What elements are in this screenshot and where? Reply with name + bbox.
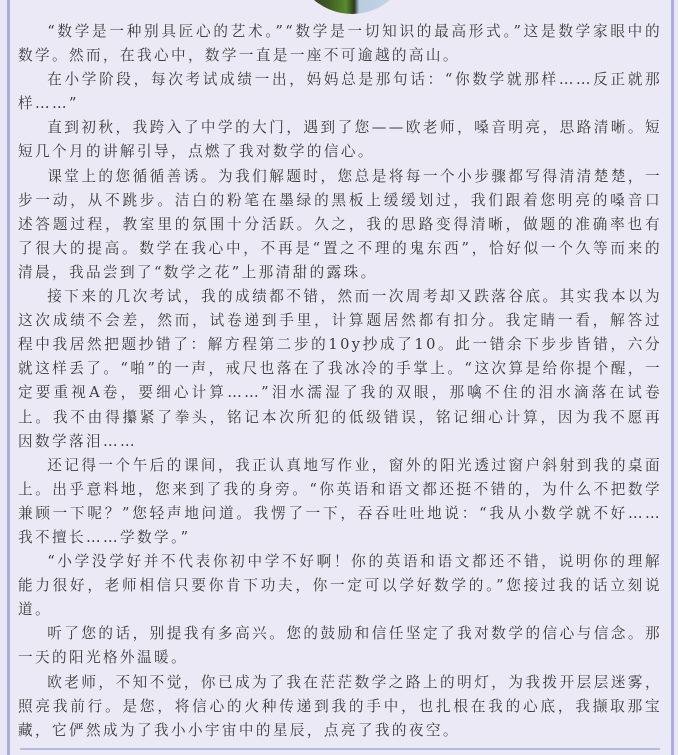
paragraph: 欧老师，不知不觉，你已成为了我在茫茫数学之路上的明灯，为我拨开层层迷雾，照亮我前… — [18, 671, 662, 743]
header-photo — [292, 0, 412, 14]
bottom-divider — [20, 748, 660, 750]
paragraph: “数学是一种别具匠心的艺术。”“数学是一切知识的最高形式。”这是数学家眼中的数学… — [18, 20, 662, 68]
paragraph: 课堂上的您循循善诱。为我们解题时，您总是将每一个小步骤都写得清清楚楚，一步一动，… — [18, 165, 662, 285]
paragraph: “小学没学好并不代表你初中学不好啊！你的英语和语文都还不错，说明你的理解能力很好… — [18, 550, 662, 622]
paragraph: 直到初秋，我跨入了中学的大门，遇到了您——欧老师，嗓音明亮，思路清晰。短短几个月… — [18, 116, 662, 164]
paragraph: 在小学阶段，每次考试成绩一出，妈妈总是那句话：“你数学就那样……反正就那样……” — [18, 68, 662, 116]
paragraph: 还记得一个午后的课间，我正认真地写作业，窗外的阳光透过窗户斜射到我的桌面上。出乎… — [18, 454, 662, 550]
article-body: “数学是一种别具匠心的艺术。”“数学是一切知识的最高形式。”这是数学家眼中的数学… — [18, 20, 662, 743]
paragraph: 接下来的几次考试，我的成绩都不错，然而一次周考却又跌落谷底。其实我本以为这次成绩… — [18, 285, 662, 454]
paragraph: 听了您的话，别提我有多高兴。您的鼓励和信任坚定了我对数学的信心与信念。那一天的阳… — [18, 622, 662, 670]
